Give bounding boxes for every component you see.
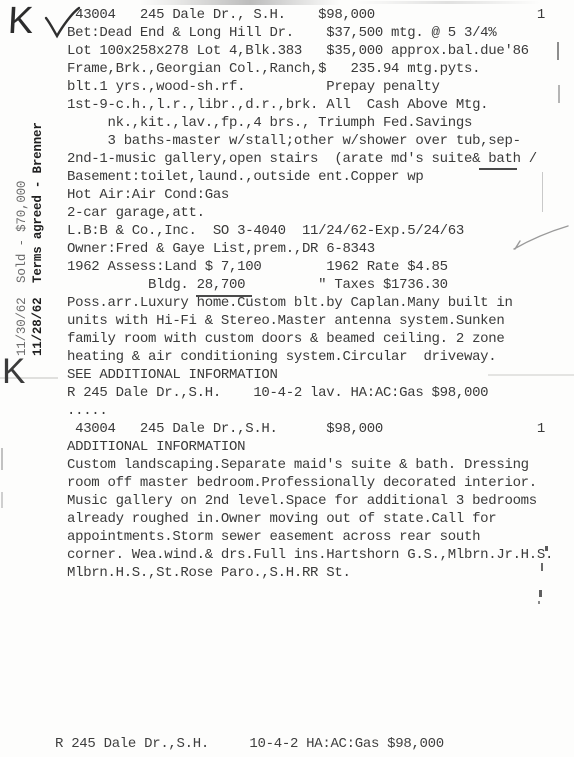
scanned-listing-card: K K 11/30/62 Sold - $70,000 11/28/62 Ter… xyxy=(0,0,574,757)
card-line-dots: ..... xyxy=(67,402,553,420)
card-line-second-floor: 2nd-1-music gallery,open stairs (arate m… xyxy=(67,150,553,168)
card-line-additional-4: already roughed in.Owner moving out of s… xyxy=(67,510,553,528)
card-line-additional-3: Music gallery on 2nd level.Space for add… xyxy=(67,492,553,510)
card-line-first-floor: 1st-9-c.h.,l.r.,libr.,d.r.,brk. All Cash… xyxy=(67,96,553,114)
card-line-additional-5: appointments.Storm sewer easement across… xyxy=(67,528,553,546)
card-line-rooms: nk.,kit.,lav.,fp.,4 brs., Triumph Fed.Sa… xyxy=(67,114,553,132)
footer-summary-line: R 245 Dale Dr.,S.H. 10-4-2 HA:AC:Gas $98… xyxy=(55,736,444,752)
scan-smudge xyxy=(355,1,540,4)
card-line-basement: Basement:toilet,laund.,outside ent.Coppe… xyxy=(67,168,553,186)
card-line-assessment-land: 1962 Assess:Land $ 7,100 1962 Rate $4.85 xyxy=(67,258,553,276)
card-line-built: blt.1 yrs.,wood-sh.rf. Prepay penalty xyxy=(67,78,553,96)
card-line-assessment-bldg: Bldg. 28,700 " Taxes $1736.30 xyxy=(67,276,553,294)
card-line-remarks-3: family room with custom doors & beamed c… xyxy=(67,330,553,348)
card-line-additional-1: Custom landscaping.Separate maid's suite… xyxy=(67,456,553,474)
card-line-additional-info-title: ADDITIONAL INFORMATION xyxy=(67,438,553,456)
margin-note-terms-agreed: 11/28/62 Terms agreed - Brenner xyxy=(30,106,46,356)
card-line-remarks-1: Poss.arr.Luxury home.Custom blt.by Capla… xyxy=(67,294,553,312)
handwritten-k-mark-bottom: K xyxy=(2,352,25,392)
scan-mark xyxy=(1,492,3,508)
card-line-heating: Hot Air:Air Cond:Gas xyxy=(67,186,553,204)
margin-note-sold: 11/30/62 Sold - $70,000 xyxy=(14,106,30,356)
handwritten-k-mark-top: K xyxy=(7,0,35,43)
card-line-lot: Lot 100x258x278 Lot 4,Blk.383 $35,000 ap… xyxy=(67,42,553,60)
card-line-schools-2: Mlbrn.H.S.,St.Rose Paro.,S.H.RR St. xyxy=(67,564,553,582)
card-line-schools: corner. Wea.wind.& drs.Full ins.Hartshor… xyxy=(67,546,553,564)
scan-speck xyxy=(539,590,542,597)
card-line-remarks-2: units with Hi-Fi & Stereo.Master antenna… xyxy=(67,312,553,330)
margin-stamp: 11/30/62 Sold - $70,000 11/28/62 Terms a… xyxy=(14,106,46,356)
card-line-baths: 3 baths-master w/stall;other w/shower ov… xyxy=(67,132,553,150)
card-line-remarks-4: heating & air conditioning system.Circul… xyxy=(67,348,553,366)
card-line-see-additional: SEE ADDITIONAL INFORMATION xyxy=(67,366,553,384)
card-line-owner: Owner:Fred & Gaye List,prem.,DR 6-8343 xyxy=(67,240,553,258)
card-body: 43004 245 Dale Dr., S.H. $98,000 1 Bet:D… xyxy=(67,6,553,582)
card-line-listing-header: 43004 245 Dale Dr., S.H. $98,000 1 xyxy=(67,6,553,24)
scan-mark xyxy=(558,85,560,103)
card-line-garage: 2-car garage,att. xyxy=(67,204,553,222)
card-line-construction: Frame,Brk.,Georgian Col.,Ranch,$ 235.94 … xyxy=(67,60,553,78)
card-line-summary: R 245 Dale Dr.,S.H. 10-4-2 lav. HA:AC:Ga… xyxy=(67,384,553,402)
card-line-listing-header-2: 43004 245 Dale Dr.,S.H. $98,000 1 xyxy=(67,420,553,438)
scan-smudge xyxy=(140,0,340,5)
scan-speck xyxy=(538,601,540,604)
scan-mark xyxy=(557,42,559,60)
card-line-listing-broker: L.B:B & Co.,Inc. SO 3-4040 11/24/62-Exp.… xyxy=(67,222,553,240)
typed-underline-bldg-value xyxy=(196,295,252,297)
typed-underline-bath xyxy=(479,168,517,170)
card-line-between: Bet:Dead End & Long Hill Dr. $37,500 mtg… xyxy=(67,24,553,42)
card-line-additional-2: room off master bedroom.Professionally d… xyxy=(67,474,553,492)
scan-mark xyxy=(1,448,3,470)
